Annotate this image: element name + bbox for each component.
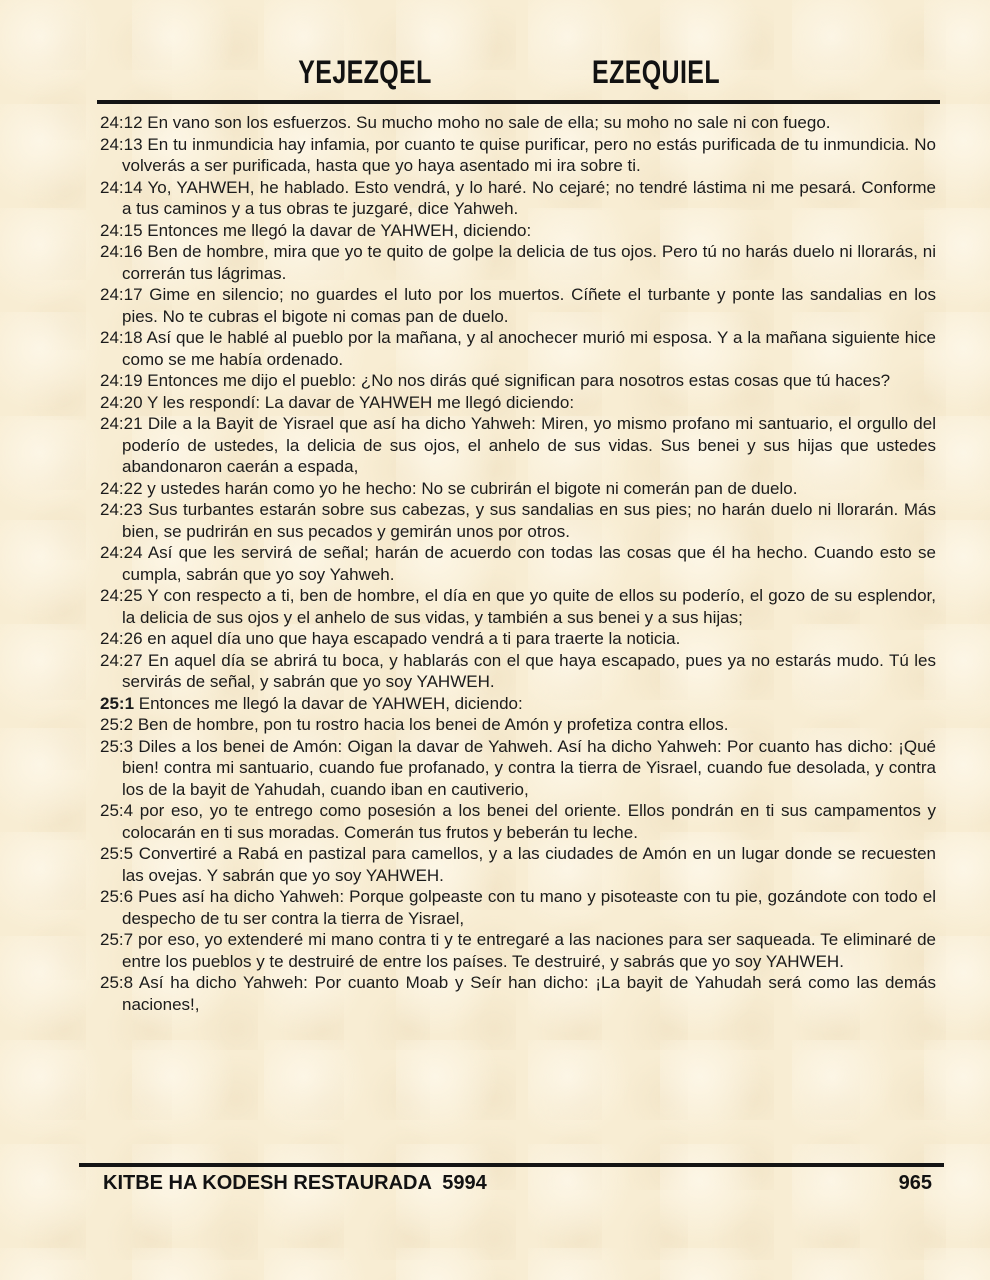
verse: 24:26 en aquel día uno que haya escapado… xyxy=(100,628,936,650)
verse-number: 25:5 xyxy=(100,844,133,863)
verse-text: Convertiré a Rabá en pastizal para camel… xyxy=(122,844,936,885)
verse-text: Así que le hablé al pueblo por la mañana… xyxy=(122,328,936,369)
verse-number: 25:8 xyxy=(100,973,133,992)
verse-number: 25:3 xyxy=(100,737,133,756)
book-title-spanish: EZEQUIEL xyxy=(592,56,720,88)
verse-number: 24:19 xyxy=(100,371,143,390)
verse-text: Y les respondí: La davar de YAHWEH me ll… xyxy=(143,393,575,412)
verse-text: por eso, yo extenderé mi mano contra ti … xyxy=(122,930,936,971)
verse-text: Ben de hombre, mira que yo te quito de g… xyxy=(122,242,936,283)
verse-number: 24:14 xyxy=(100,178,143,197)
verse: 24:24 Así que les servirá de señal; hará… xyxy=(100,542,936,585)
verse-number: 24:17 xyxy=(100,285,143,304)
verse-number: 24:13 xyxy=(100,135,143,154)
verse-number: 24:16 xyxy=(100,242,143,261)
verse-number: 24:18 xyxy=(100,328,143,347)
verse-number: 24:21 xyxy=(100,414,143,433)
verse: 24:17 Gime en silencio; no guardes el lu… xyxy=(100,284,936,327)
verse-text: Así ha dicho Yahweh: Por cuanto Moab y S… xyxy=(122,973,936,1014)
verse: 25:1 Entonces me llegó la davar de YAHWE… xyxy=(100,693,936,715)
verse-text: y ustedes harán como yo he hecho: No se … xyxy=(143,479,798,498)
verse: 24:15 Entonces me llegó la davar de YAHW… xyxy=(100,220,936,242)
verse-text: Así que les servirá de señal; harán de a… xyxy=(122,543,936,584)
verse-text: Y con respecto a ti, ben de hombre, el d… xyxy=(122,586,936,627)
verse: 24:19 Entonces me dijo el pueblo: ¿No no… xyxy=(100,370,936,392)
verse-number: 24:12 xyxy=(100,113,143,132)
verse: 24:14 Yo, YAHWEH, he hablado. Esto vendr… xyxy=(100,177,936,220)
verse-text: Entonces me llegó la davar de YAHWEH, di… xyxy=(143,221,532,240)
verse-text: En vano son los esfuerzos. Su mucho moho… xyxy=(143,113,831,132)
verse: 25:7 por eso, yo extenderé mi mano contr… xyxy=(100,929,936,972)
verse-number: 25:7 xyxy=(100,930,133,949)
verse-text: En aquel día se abrirá tu boca, y hablar… xyxy=(122,651,936,692)
verse-number: 24:22 xyxy=(100,479,143,498)
verse-text: Diles a los benei de Amón: Oigan la dava… xyxy=(122,737,936,799)
verse-text: Entonces me llegó la davar de YAHWEH, di… xyxy=(134,694,523,713)
verse: 25:8 Así ha dicho Yahweh: Por cuanto Moa… xyxy=(100,972,936,1015)
verse: 24:18 Así que le hablé al pueblo por la … xyxy=(100,327,936,370)
edition-label: KITBE HA KODESH RESTAURADA 5994 xyxy=(103,1172,487,1195)
verse-number: 24:20 xyxy=(100,393,143,412)
verse: 25:5 Convertiré a Rabá en pastizal para … xyxy=(100,843,936,886)
verse: 24:25 Y con respecto a ti, ben de hombre… xyxy=(100,585,936,628)
verse-number: 24:26 xyxy=(100,629,143,648)
verse: 25:2 Ben de hombre, pon tu rostro hacia … xyxy=(100,714,936,736)
verse-number: 24:25 xyxy=(100,586,143,605)
verse: 24:13 En tu inmundicia hay infamia, por … xyxy=(100,134,936,177)
verse-text: Sus turbantes estarán sobre sus cabezas,… xyxy=(122,500,936,541)
verse: 24:27 En aquel día se abrirá tu boca, y … xyxy=(100,650,936,693)
verse: 24:23 Sus turbantes estarán sobre sus ca… xyxy=(100,499,936,542)
verse-text: Yo, YAHWEH, he hablado. Esto vendrá, y l… xyxy=(122,178,936,219)
page-number: 965 xyxy=(899,1172,932,1195)
verse: 24:12 En vano son los esfuerzos. Su much… xyxy=(100,112,936,134)
verse-text-block: 24:12 En vano son los esfuerzos. Su much… xyxy=(100,112,936,1015)
verse: 25:3 Diles a los benei de Amón: Oigan la… xyxy=(100,736,936,801)
verse: 25:6 Pues así ha dicho Yahweh: Porque go… xyxy=(100,886,936,929)
verse-number: 25:4 xyxy=(100,801,133,820)
verse: 24:22 y ustedes harán como yo he hecho: … xyxy=(100,478,936,500)
verse-number: 24:24 xyxy=(100,543,143,562)
verse-number: 24:15 xyxy=(100,221,143,240)
verse-number: 25:1 xyxy=(100,694,134,713)
verse-text: Gime en silencio; no guardes el luto por… xyxy=(122,285,936,326)
footer-divider xyxy=(79,1163,944,1167)
verse: 25:4 por eso, yo te entrego como posesió… xyxy=(100,800,936,843)
verse-text: Ben de hombre, pon tu rostro hacia los b… xyxy=(133,715,728,734)
verse-text: Entonces me dijo el pueblo: ¿No nos dirá… xyxy=(143,371,891,390)
book-title-hebrew: YEJEZQEL xyxy=(298,56,432,88)
verse: 24:20 Y les respondí: La davar de YAHWEH… xyxy=(100,392,936,414)
header-divider xyxy=(97,100,940,104)
verse: 24:21 Dile a la Bayit de Yisrael que así… xyxy=(100,413,936,478)
verse-text: Pues así ha dicho Yahweh: Porque golpeas… xyxy=(122,887,936,928)
verse-text: Dile a la Bayit de Yisrael que así ha di… xyxy=(122,414,936,476)
verse-number: 24:27 xyxy=(100,651,143,670)
verse-number: 24:23 xyxy=(100,500,143,519)
verse-number: 25:2 xyxy=(100,715,133,734)
verse-number: 25:6 xyxy=(100,887,133,906)
verse-text: en aquel día uno que haya escapado vendr… xyxy=(143,629,681,648)
verse-text: por eso, yo te entrego como posesión a l… xyxy=(122,801,936,842)
verse-text: En tu inmundicia hay infamia, por cuanto… xyxy=(122,135,936,176)
verse: 24:16 Ben de hombre, mira que yo te quit… xyxy=(100,241,936,284)
